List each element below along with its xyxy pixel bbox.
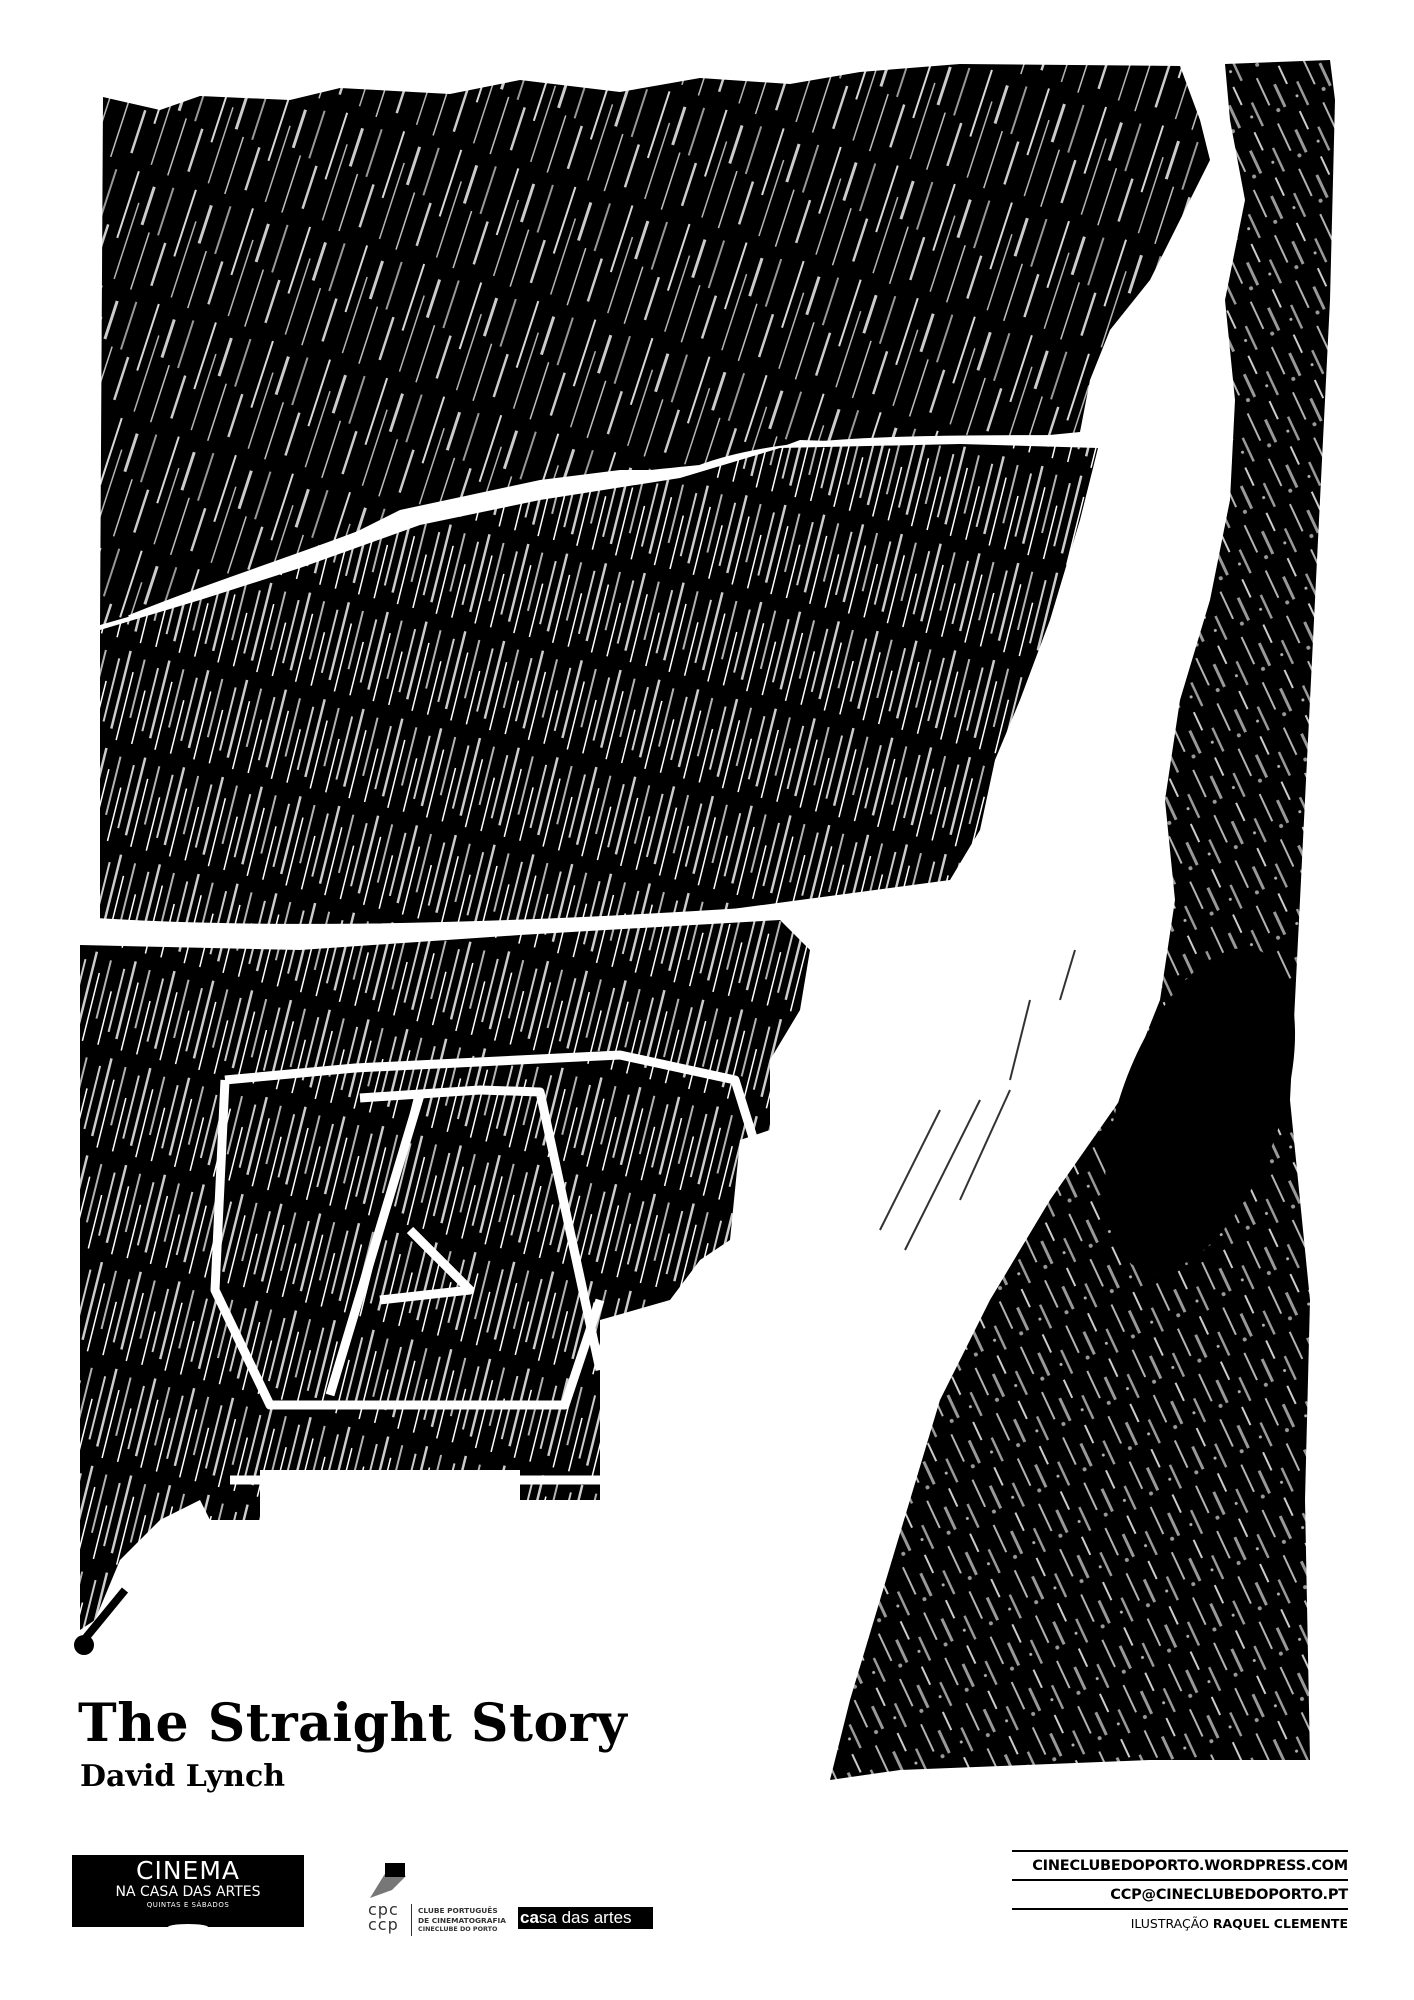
casa-das-artes-logo: casa das artes (518, 1907, 653, 1929)
email-link[interactable]: CCP@CINECLUBEDOPORTO.PT (1012, 1881, 1348, 1908)
contact-block: CINECLUBEDOPORTO.WORDPRESS.COM CCP@CINEC… (1012, 1850, 1348, 1931)
cinema-logo-notch (168, 1924, 208, 1930)
illustration-credit: ILUSTRAÇÃO RAQUEL CLEMENTE (1012, 1910, 1348, 1931)
film-info: The Straight Story David Lynch (78, 1695, 627, 1793)
cinema-logo-line1: CINEMA (72, 1855, 304, 1883)
clube-portugues-de-cinematografia-logo: cpc ccp CLUBE PORTUGUÊS DE CINEMATOGRAFI… (368, 1860, 518, 1950)
cinema-logo-line3: QUINTAS E SÁBADOS (72, 1902, 304, 1909)
film-title: The Straight Story (78, 1695, 627, 1752)
cinema-logo-line2: NA CASA DAS ARTES (72, 1885, 304, 1899)
website-link[interactable]: CINECLUBEDOPORTO.WORDPRESS.COM (1012, 1852, 1348, 1879)
film-director: David Lynch (80, 1760, 627, 1793)
woodcut-illustration (0, 0, 1414, 1820)
cpc-name: CLUBE PORTUGUÊS DE CINEMATOGRAFIA CINECL… (418, 1906, 506, 1935)
field-bottom (80, 920, 810, 1630)
cpc-monogram: cpc ccp (368, 1902, 399, 1932)
cpc-divider (411, 1904, 412, 1936)
projector-beam-icon (368, 1860, 408, 1900)
cinema-na-casa-das-artes-logo: CINEMA NA CASA DAS ARTES QUINTAS E SÁBAD… (72, 1855, 304, 1927)
